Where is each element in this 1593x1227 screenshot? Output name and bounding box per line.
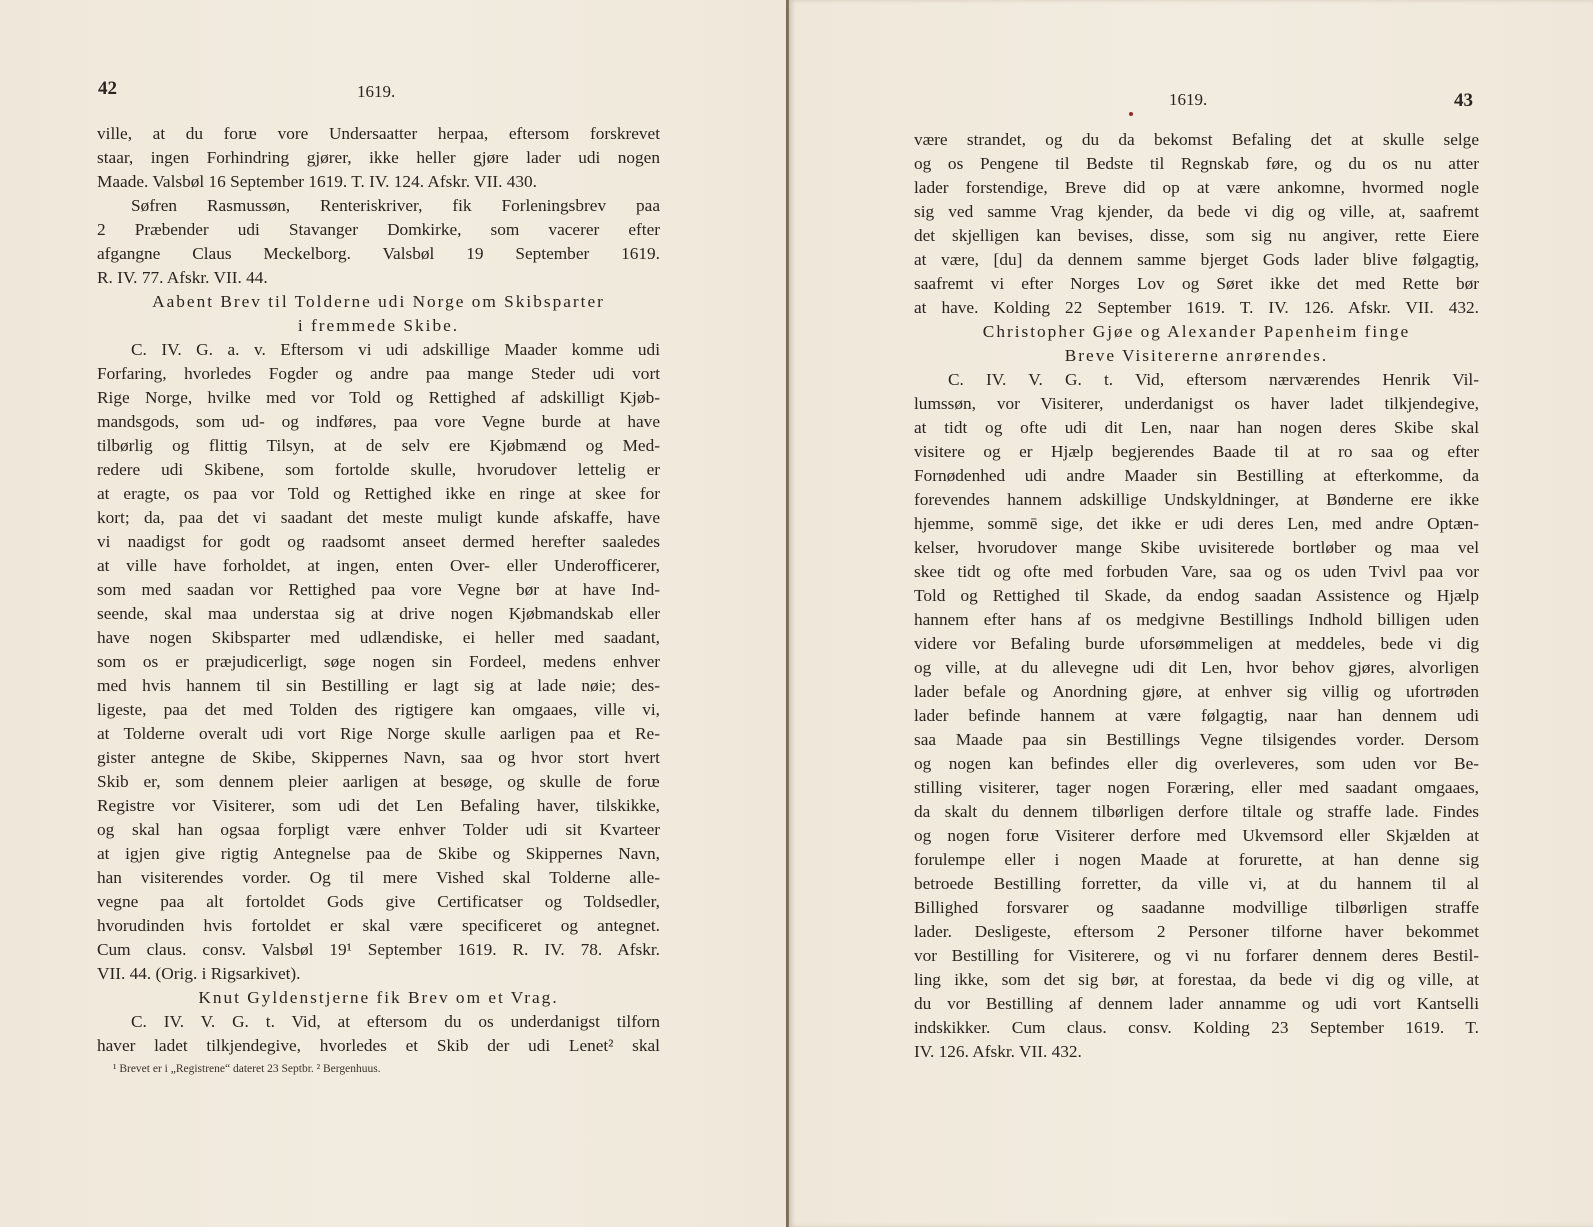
section-heading: Knut Gyldenstjerne fik Brev om et Vrag. (97, 986, 660, 1010)
text-line: og nogen kan befindes eller dig overleve… (914, 752, 1479, 776)
text-line: vor Bestilling for Visiterere, og vi nu … (914, 944, 1479, 968)
text-line: hannem efter hans af os medgivne Bestill… (914, 608, 1479, 632)
page-number-left: 42 (98, 78, 117, 100)
text-line: redere udi Skibene, som fortolde skulle,… (97, 458, 660, 482)
text-line: at Tolderne overalt udi vort Rige Norge … (97, 722, 660, 746)
text-line: at være, [du] da dennem samme bjerget Go… (914, 248, 1479, 272)
running-head-right: 1619. (1169, 90, 1207, 110)
text-line: og os Pengene til Bedste til Regnskab fø… (914, 152, 1479, 176)
text-line: ville, at du forᵫ vore Undersaatter herp… (97, 122, 660, 146)
text-line: C. IV. V. G. t. Vid, at eftersom du os u… (97, 1010, 660, 1034)
text-line: lumssøn, vor Visiterer, underdanigst os … (914, 392, 1479, 416)
text-line: kelser, hvorudover mange Skibe uvisitere… (914, 536, 1479, 560)
text-line: vegne paa alt fortoldet Gods give Certif… (97, 890, 660, 914)
text-line: at igjen give rigtig Antegnelse paa de S… (97, 842, 660, 866)
text-line: da skalt du dennem tilbørligen derfore t… (914, 800, 1479, 824)
text-line: lader befale og Anordning gjøre, at enhv… (914, 680, 1479, 704)
text-line: som os er præjudicerligt, søge nogen sin… (97, 650, 660, 674)
text-line: C. IV. V. G. t. Vid, eftersom nærværende… (914, 368, 1479, 392)
text-line: tilbørlig og flittig Tilsyn, at de selv … (97, 434, 660, 458)
text-line: gister antegne de Skibe, Skippernes Navn… (97, 746, 660, 770)
text-line: Skib er, som dennem pleier aarligen at b… (97, 770, 660, 794)
text-line: betroede Bestilling forretter, da ville … (914, 872, 1479, 896)
text-line: Søfren Rasmussøn, Renteriskriver, fik Fo… (97, 194, 660, 218)
text-line: Maade. Valsbøl 16 September 1619. T. IV.… (97, 170, 660, 194)
text-line: indskikker. Cum claus. consv. Kolding 23… (914, 1016, 1479, 1040)
text-line: Billighed forsvarer og saadanne modvilli… (914, 896, 1479, 920)
text-line: skee tidt og ofte med forbuden Vare, saa… (914, 560, 1479, 584)
text-line: 2 Præbender udi Stavanger Domkirke, som … (97, 218, 660, 242)
text-line: Fornødenhed udi andre Maader sin Bestill… (914, 464, 1479, 488)
text-line: Told og Rettighed til Skade, da endog sa… (914, 584, 1479, 608)
text-line: R. IV. 77. Afskr. VII. 44. (97, 266, 660, 290)
text-line: Forfaring, hvorledes Fogder og andre paa… (97, 362, 660, 386)
text-line: Cum claus. consv. Valsbøl 19¹ September … (97, 938, 660, 962)
text-line: hjemme, sommē sige, det ikke er udi dere… (914, 512, 1479, 536)
text-line: C. IV. G. a. v. Eftersom vi udi adskilli… (97, 338, 660, 362)
text-line: IV. 126. Afskr. VII. 432. (914, 1040, 1479, 1064)
text-line: at ville have forholdet, at ingen, enten… (97, 554, 660, 578)
section-heading: Aabent Brev til Tolderne udi Norge om Sk… (97, 290, 660, 314)
text-line: lader. Desligeste, eftersom 2 Personer t… (914, 920, 1479, 944)
text-line: med hvis hannem til sin Bestilling er la… (97, 674, 660, 698)
text-line: det skjelligen kan bevises, disse, som s… (914, 224, 1479, 248)
text-line: haver ladet tilkjendegive, hvorledes et … (97, 1034, 660, 1058)
text-line: forevendes hannem adskillige Undskyldnin… (914, 488, 1479, 512)
text-line: forulempe eller i nogen Maade at foruret… (914, 848, 1479, 872)
text-line: og skal han ogsaa forpligt være enhver T… (97, 818, 660, 842)
text-line: kort; da, paa det vi saadant det meste m… (97, 506, 660, 530)
text-line: Registre vor Visiterer, som udi det Len … (97, 794, 660, 818)
ink-speck (1129, 112, 1133, 116)
text-line: at eragte, os paa vor Told og Rettighed … (97, 482, 660, 506)
text-line: han visiterendes vorder. Og til mere Vis… (97, 866, 660, 890)
text-line: du vor Bestilling af dennem lader annamm… (914, 992, 1479, 1016)
text-line: saa Maade paa sin Bestillings Vegne tils… (914, 728, 1479, 752)
text-line: være strandet, og du da bekomst Befaling… (914, 128, 1479, 152)
text-line: lader forstendige, Breve did op at være … (914, 176, 1479, 200)
text-line: videre vor Befaling burde uforsømmeligen… (914, 632, 1479, 656)
text-line: mandsgods, som ud- og indføres, paa vore… (97, 410, 660, 434)
page-number-right: 43 (1454, 90, 1473, 112)
text-line: og nogen forᵫ Visiterer derfore med Ukve… (914, 824, 1479, 848)
text-line: staar, ingen Forhindring gjører, ikke he… (97, 146, 660, 170)
running-head-left: 1619. (357, 82, 395, 102)
section-heading: Breve Visitererne anrørendes. (914, 344, 1479, 368)
text-line: lader befinde hannem at være følgagtig, … (914, 704, 1479, 728)
text-line: hvorudinden hvis fortoldet er skal være … (97, 914, 660, 938)
text-line: saafremt vi efter Norges Lov og Søret ik… (914, 272, 1479, 296)
text-line: Rige Norge, hvilke med vor Told og Retti… (97, 386, 660, 410)
text-line: have nogen Skibsparter med udlændiske, e… (97, 626, 660, 650)
text-line: afgangne Claus Meckelborg. Valsbøl 19 Se… (97, 242, 660, 266)
left-page: 42 1619. ville, at du forᵫ vore Undersaa… (0, 0, 787, 1227)
footnotes: ¹ Brevet er i „Registrene“ dateret 23 Se… (113, 1063, 381, 1075)
text-line: som med saadan vor Rettighed paa vore Ve… (97, 578, 660, 602)
book-spine (786, 0, 788, 1227)
text-line: og ville, at du allevegne udi dit Len, h… (914, 656, 1479, 680)
text-line: stilling visiterer, tager nogen Foræring… (914, 776, 1479, 800)
text-line: at tidt og ofte udi dit Len, naar han no… (914, 416, 1479, 440)
left-body-text: ville, at du forᵫ vore Undersaatter herp… (97, 122, 660, 1058)
text-line: at have. Kolding 22 September 1619. T. I… (914, 296, 1479, 320)
text-line: ling ikke, som det sig bør, at forestaa,… (914, 968, 1479, 992)
right-body-text: være strandet, og du da bekomst Befaling… (914, 128, 1479, 1064)
text-line: seende, skal maa understaa sig at drive … (97, 602, 660, 626)
section-heading: Christopher Gjøe og Alexander Papenheim … (914, 320, 1479, 344)
text-line: vi naadigst for godt og raadsomt anseet … (97, 530, 660, 554)
section-heading: i fremmede Skibe. (97, 314, 660, 338)
text-line: visitere og er Hjælp begjerendes Baade t… (914, 440, 1479, 464)
text-line: VII. 44. (Orig. i Rigsarkivet). (97, 962, 660, 986)
text-line: sig ved samme Vrag kjender, da bede vi d… (914, 200, 1479, 224)
text-line: ligeste, paa det med Tolden des rigtiger… (97, 698, 660, 722)
